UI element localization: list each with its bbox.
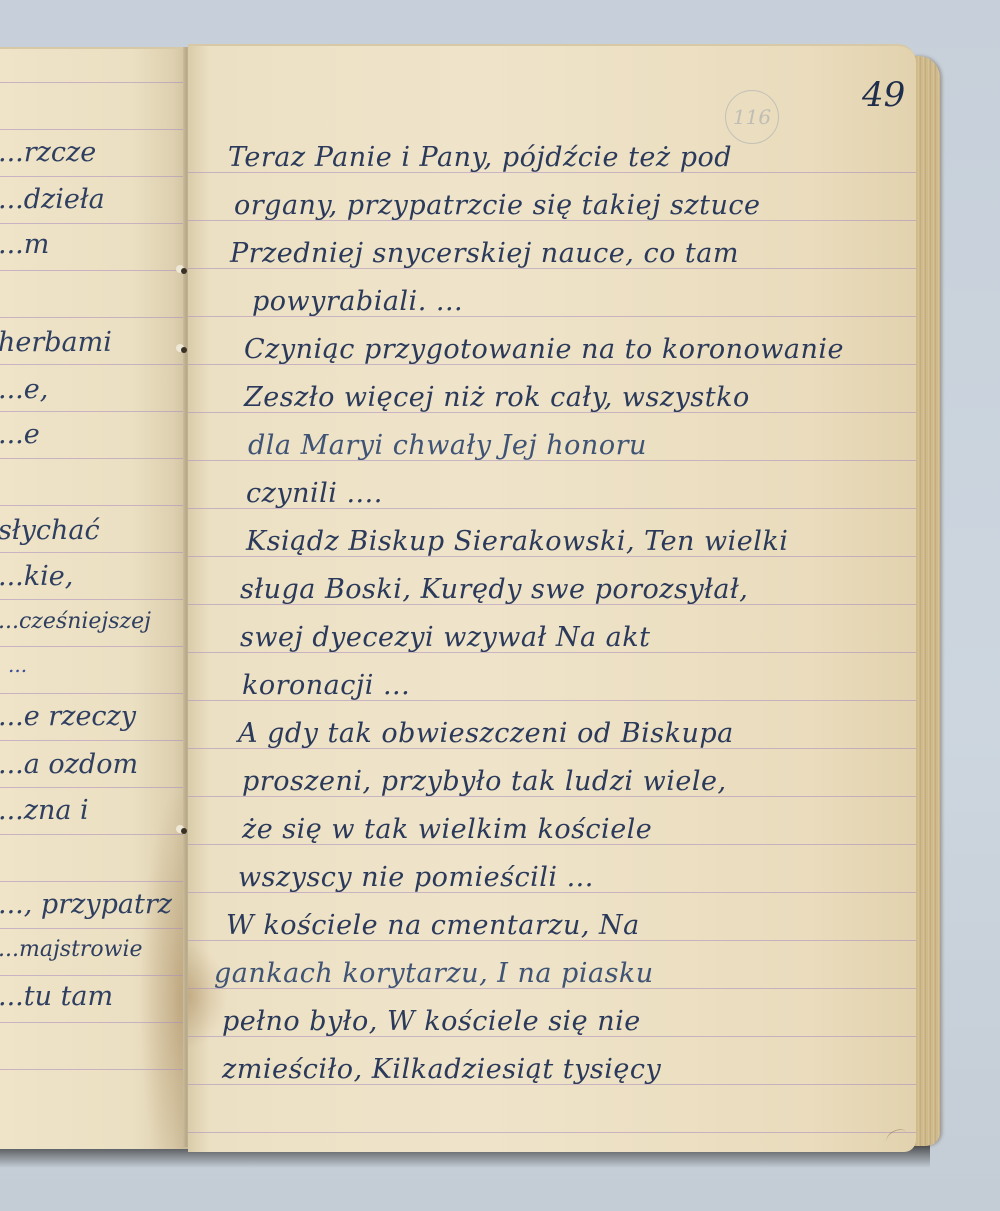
faint-page-stamp: 116 — [725, 90, 779, 144]
left-fragment: ... — [8, 653, 27, 677]
handwritten-line: Ksiądz Biskup Sierakowski, Ten wielki — [246, 526, 788, 557]
left-fragment: ...e rzeczy — [0, 701, 136, 732]
left-fragment: ...majstrowie — [0, 937, 143, 962]
left-fragment: ...m — [0, 229, 49, 260]
handwritten-line: proszeni, przybyło tak ludzi wiele, — [242, 766, 727, 797]
left-fragment: ...zna i — [0, 795, 89, 826]
staple — [181, 268, 187, 274]
left-fragment: ...cześniejszej — [0, 609, 151, 634]
handwritten-line: organy, przypatrzcie się takiej sztuce — [234, 190, 760, 221]
left-fragment: ...e, — [0, 374, 48, 405]
handwritten-line: W kościele na cmentarzu, Na — [226, 910, 640, 941]
left-fragment: ..., przypatrz — [0, 889, 172, 920]
handwritten-line: wszyscy nie pomieścili ... — [238, 862, 594, 893]
left-fragment: ...dzieła — [0, 184, 105, 215]
left-fragment: ...rzcze — [0, 137, 96, 168]
left-fragment: ...a ozdom — [0, 749, 138, 780]
left-fragment: ...tu tam — [0, 981, 113, 1012]
page-stack-edge — [912, 56, 940, 1146]
left-fragment: słychać — [0, 515, 100, 546]
right-notebook-page: Teraz Panie i Pany, pójdźcie też pod org… — [188, 44, 916, 1152]
handwritten-line: A gdy tak obwieszczeni od Biskupa — [238, 718, 734, 749]
handwritten-line: że się w tak wielkim kościele — [242, 814, 652, 845]
handwritten-line: swej dyecezyi wzywał Na akt — [240, 622, 650, 653]
handwritten-line: sługa Boski, Kurędy swe porozsyłał, — [240, 574, 748, 605]
handwritten-line: Czyniąc przygotowanie na to koronowanie — [244, 334, 844, 365]
handwritten-line: koronacji ... — [242, 670, 410, 701]
left-fragment: ...e — [0, 419, 40, 450]
handwritten-line: Teraz Panie i Pany, pójdźcie też pod — [228, 142, 732, 173]
left-fragment: ...kie, — [0, 561, 73, 592]
handwritten-line: dla Maryi chwały Jej honoru — [248, 430, 647, 461]
left-notebook-page: ...rzcze ...dzieła ...m herbami ...e, ..… — [0, 47, 188, 1149]
left-fragment: herbami — [0, 327, 112, 358]
staple — [181, 828, 187, 834]
handwritten-line: Zeszło więcej niż rok cały, wszystko — [244, 382, 750, 413]
handwritten-line: Przedniej snycerskiej nauce, co tam — [230, 238, 739, 269]
handwritten-line: czynili .... — [246, 478, 383, 509]
page-number: 49 — [862, 75, 905, 115]
handwritten-line: pełno było, W kościele się nie — [222, 1006, 641, 1037]
handwritten-line: gankach korytarzu, I na piasku — [214, 958, 654, 989]
staple — [181, 347, 187, 353]
handwritten-line: zmieściło, Kilkadziesiąt tysięcy — [222, 1054, 661, 1085]
handwritten-line: powyrabiali. ... — [252, 286, 463, 317]
